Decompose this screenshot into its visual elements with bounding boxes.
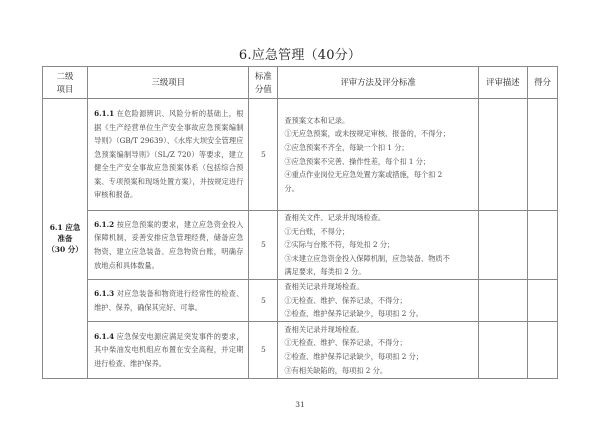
- section-cell-6-1: 6.1 应急 准备 （30 分）: [43, 99, 88, 379]
- header-review-description: 评审描述: [478, 67, 527, 99]
- score-cell: 5: [249, 99, 278, 211]
- table-row: 6.1.2 按应急预案的要求，建立应急资金投入保障机制，妥善安排应急管理经费，储…: [43, 211, 558, 280]
- item-cell: 6.1.2 按应急预案的要求，建立应急资金投入保障机制，妥善安排应急管理经费，储…: [88, 211, 249, 280]
- score-cell: 5: [249, 322, 278, 379]
- score-cell: 5: [249, 211, 278, 280]
- review-description-cell[interactable]: [478, 322, 527, 379]
- score-cell: 5: [249, 280, 278, 322]
- header-level3-item: 三级项目: [88, 67, 249, 99]
- item-cell: 6.1.4 应急保安电源应满足突发事件的要求，其中柴油发电机组应布置在安全高程，…: [88, 322, 249, 379]
- header-standard-score: 标准 分值: [249, 67, 278, 99]
- table-row: 6.1.4 应急保安电源应满足突发事件的要求，其中柴油发电机组应布置在安全高程，…: [43, 322, 558, 379]
- method-cell: 查相关记录并现场检查。 ①无检查、维护、保养记录，不得分； ②检查、维护保养记录…: [278, 322, 478, 379]
- item-cell: 6.1.1 在危险源辨识、风险分析的基础上，根据《生产经营单位生产安全事故应急预…: [88, 99, 249, 211]
- evaluation-table: 二级 项目 三级项目 标准 分值 评审方法及评分标准 评审描述 得分 6.1 应…: [42, 66, 558, 379]
- page-number: 31: [0, 400, 600, 409]
- review-description-cell[interactable]: [478, 211, 527, 280]
- table-row: 6.1 应急 准备 （30 分） 6.1.1 在危险源辨识、风险分析的基础上，根…: [43, 99, 558, 211]
- points-cell[interactable]: [527, 211, 557, 280]
- method-cell: 查相关文件、记录并现场检查。 ①无台账，不得分； ②实际与台账不符，每处扣 2 …: [278, 211, 478, 280]
- header-method-criteria: 评审方法及评分标准: [278, 67, 478, 99]
- points-cell[interactable]: [527, 322, 557, 379]
- review-description-cell[interactable]: [478, 280, 527, 322]
- table-row: 6.1.3 对应急装备和物资进行经常性的检查、维护、保养，确保其完好、可靠。 5…: [43, 280, 558, 322]
- method-cell: 查预案文本和记录。 ①无应急预案，或未按规定审核、报备的，不得分； ②应急预案不…: [278, 99, 478, 211]
- table-header-row: 二级 项目 三级项目 标准 分值 评审方法及评分标准 评审描述 得分: [43, 67, 558, 99]
- points-cell[interactable]: [527, 280, 557, 322]
- review-description-cell[interactable]: [478, 99, 527, 211]
- points-cell[interactable]: [527, 99, 557, 211]
- item-cell: 6.1.3 对应急装备和物资进行经常性的检查、维护、保养，确保其完好、可靠。: [88, 280, 249, 322]
- page-title: 6.应急管理（40分）: [0, 44, 600, 63]
- method-cell: 查相关记录并现场检查。 ①无检查、维护、保养记录，不得分； ②检查、维护保养记录…: [278, 280, 478, 322]
- header-points: 得分: [527, 67, 557, 99]
- header-level2-item: 二级 项目: [43, 67, 88, 99]
